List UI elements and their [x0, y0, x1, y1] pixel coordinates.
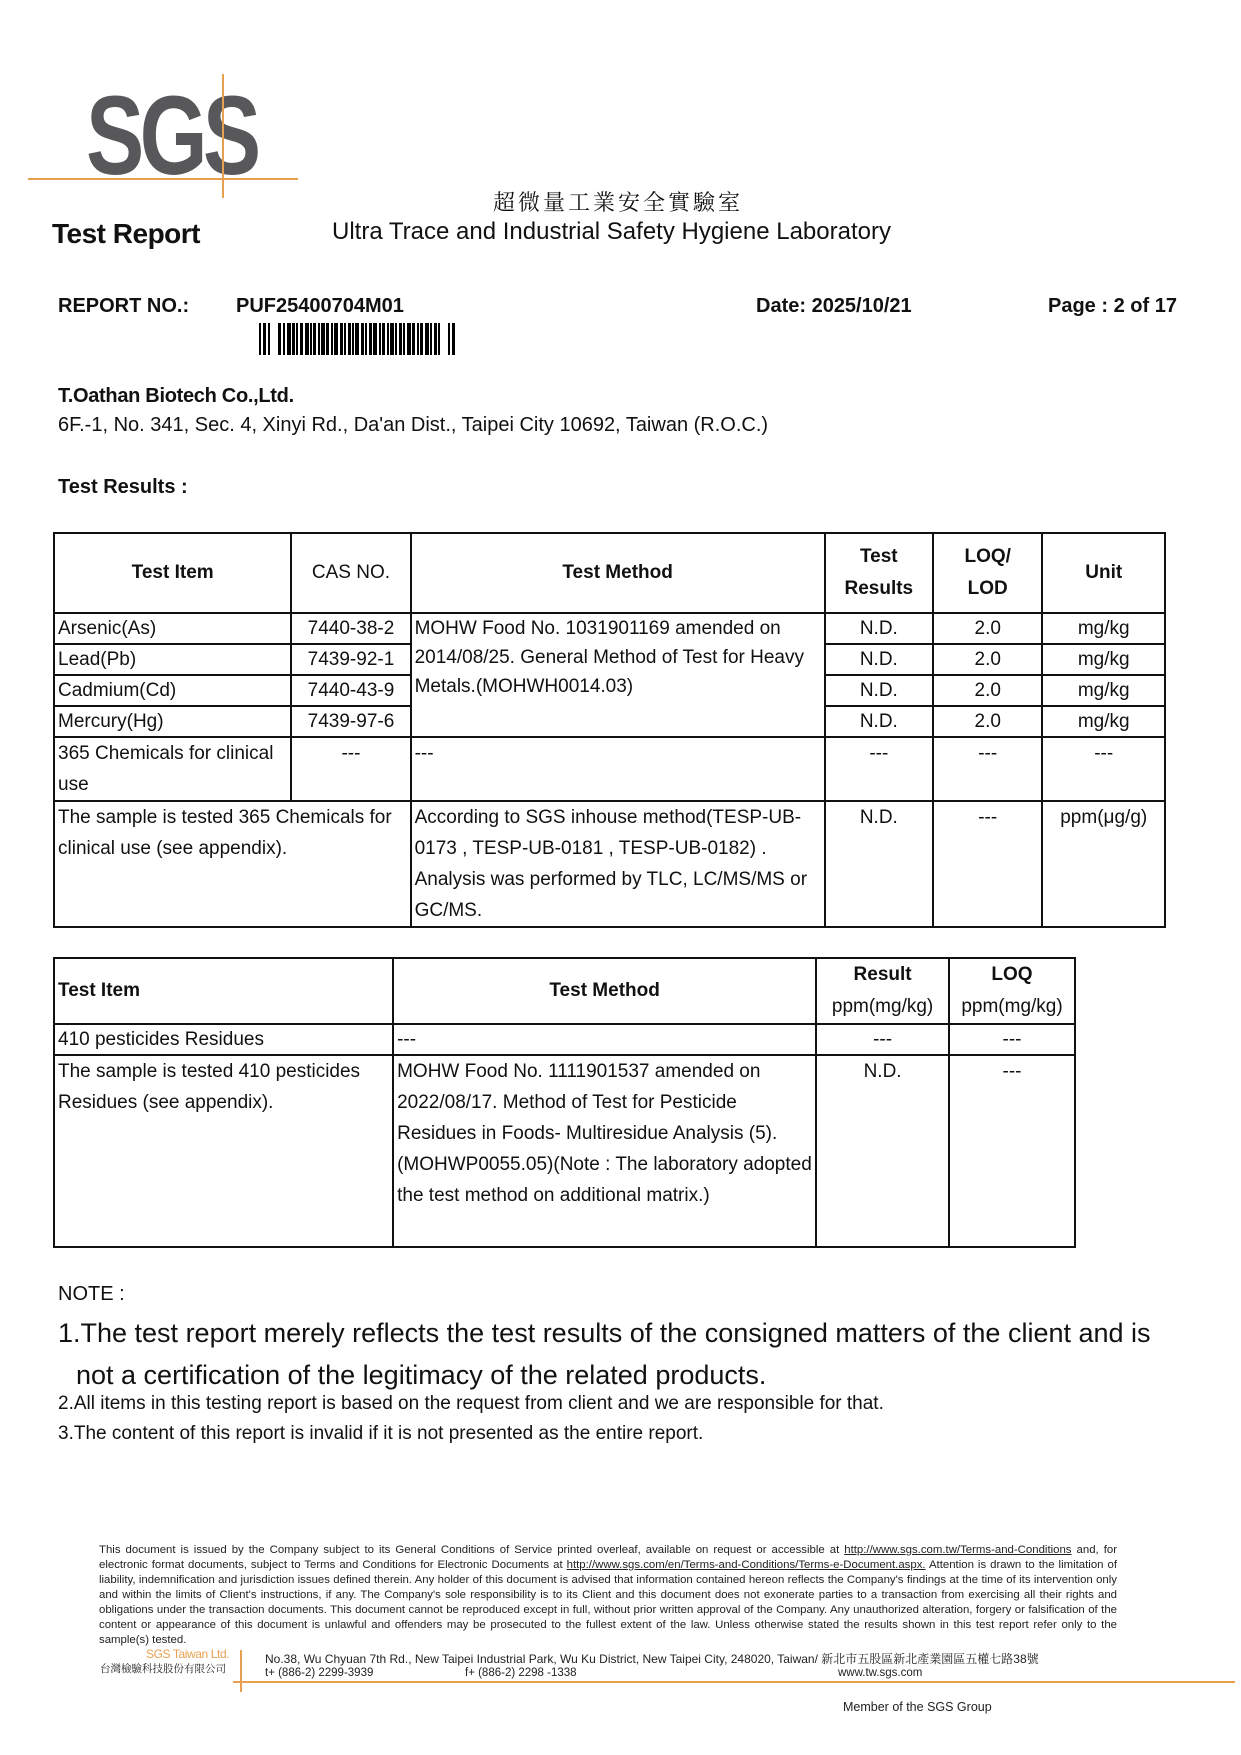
- loq-value: ---: [933, 737, 1042, 801]
- header-test-item: Test Item: [54, 958, 393, 1024]
- header-result: Resultppm(mg/kg): [816, 958, 949, 1024]
- test-item: Cadmium(Cd): [54, 675, 291, 706]
- e-document-terms-link[interactable]: http://www.sgs.com/en/Terms-and-Conditio…: [567, 1559, 926, 1571]
- footer-company-name-chinese: 台灣檢驗科技股份有限公司: [100, 1661, 226, 1676]
- page-indicator: Page : 2 of 17: [1048, 295, 1177, 318]
- footer-fax: f+ (886-2) 2298 -1338: [465, 1667, 577, 1679]
- terms-link[interactable]: http://www.sgs.com.tw/Terms-and-Conditio…: [844, 1544, 1071, 1556]
- table-row-detail: The sample is tested 365 Chemicals for c…: [54, 801, 1165, 927]
- logo-vertical-line: [222, 74, 224, 198]
- header-loq-lod: LOQ/LOD: [933, 533, 1042, 613]
- header-test-item: Test Item: [54, 533, 291, 613]
- note-item-1: 1.The test report merely reflects the te…: [58, 1312, 1178, 1396]
- table-row-group: 410 pesticides Residues --- --- ---: [54, 1024, 1075, 1055]
- loq-value: 2.0: [933, 613, 1042, 644]
- note-item-2: 2.All items in this testing report is ba…: [58, 1393, 884, 1415]
- report-date: Date: 2025/10/21: [756, 295, 912, 318]
- loq-value: ---: [949, 1024, 1075, 1055]
- test-method: MOHW Food No. 1031901169 amended on 2014…: [411, 613, 825, 737]
- unit: mg/kg: [1042, 613, 1165, 644]
- test-item: 365 Chemicals for clinical use: [54, 737, 291, 801]
- test-item: The sample is tested 365 Chemicals for c…: [54, 801, 411, 927]
- header-test-results: TestResults: [825, 533, 933, 613]
- report-no-label: REPORT NO.:: [58, 295, 189, 318]
- cas-no: 7440-43-9: [291, 675, 410, 706]
- footer-vertical-line: [240, 1650, 242, 1692]
- test-result: N.D.: [825, 675, 933, 706]
- header-test-method: Test Method: [411, 533, 825, 613]
- footer-address: No.38, Wu Chyuan 7th Rd., New Taipei Ind…: [265, 1650, 1039, 1667]
- loq-value: 2.0: [933, 706, 1042, 737]
- test-item: Arsenic(As): [54, 613, 291, 644]
- header-unit: Unit: [1042, 533, 1165, 613]
- note-title: NOTE :: [58, 1283, 125, 1306]
- test-item: Lead(Pb): [54, 644, 291, 675]
- header-loq: LOQppm(mg/kg): [949, 958, 1075, 1024]
- test-item: Mercury(Hg): [54, 706, 291, 737]
- table-header-row: Test Item CAS NO. Test Method TestResult…: [54, 533, 1165, 613]
- test-result: N.D.: [825, 644, 933, 675]
- loq-value: 2.0: [933, 644, 1042, 675]
- footer-member-text: Member of the SGS Group: [843, 1700, 992, 1714]
- loq-value: ---: [933, 801, 1042, 927]
- sgs-logo: SGS: [86, 80, 256, 192]
- unit: ppm(μg/g): [1042, 801, 1165, 927]
- test-result: ---: [816, 1024, 949, 1055]
- header-test-method: Test Method: [393, 958, 816, 1024]
- footer-horizontal-line: [233, 1681, 1235, 1683]
- pesticides-table: Test Item Test Method Resultppm(mg/kg) L…: [53, 957, 1076, 1248]
- footer-company-name: SGS Taiwan Ltd.: [146, 1647, 229, 1661]
- test-result: ---: [825, 737, 933, 801]
- table-row-group: 365 Chemicals for clinical use --- --- -…: [54, 737, 1165, 801]
- footer-website[interactable]: www.tw.sgs.com: [838, 1667, 922, 1679]
- test-item: 410 pesticides Residues: [54, 1024, 393, 1055]
- report-number: PUF25400704M01: [236, 295, 404, 318]
- cas-no: 7439-92-1: [291, 644, 410, 675]
- unit: mg/kg: [1042, 706, 1165, 737]
- test-result: N.D.: [825, 613, 933, 644]
- unit: mg/kg: [1042, 675, 1165, 706]
- table-row: Arsenic(As) 7440-38-2 MOHW Food No. 1031…: [54, 613, 1165, 644]
- barcode-icon: [259, 323, 641, 355]
- cas-no: 7440-38-2: [291, 613, 410, 644]
- table-header-row: Test Item Test Method Resultppm(mg/kg) L…: [54, 958, 1075, 1024]
- lab-name-chinese: 超微量工業安全實驗室: [493, 186, 743, 217]
- test-method: MOHW Food No. 1111901537 amended on 2022…: [393, 1055, 816, 1247]
- test-item: The sample is tested 410 pesticides Resi…: [54, 1055, 393, 1247]
- logo-horizontal-line: [28, 178, 298, 180]
- loq-value: ---: [949, 1055, 1075, 1247]
- test-method: According to SGS inhouse method(TESP-UB-…: [411, 801, 825, 927]
- unit: ---: [1042, 737, 1165, 801]
- test-results-label: Test Results :: [58, 476, 188, 499]
- test-method: ---: [393, 1024, 816, 1055]
- lab-name-english: Ultra Trace and Industrial Safety Hygien…: [332, 218, 891, 246]
- test-result: N.D.: [816, 1055, 949, 1247]
- cas-no: ---: [291, 737, 410, 801]
- test-method: ---: [411, 737, 825, 801]
- cas-no: 7439-97-6: [291, 706, 410, 737]
- legal-disclaimer: This document is issued by the Company s…: [99, 1543, 1117, 1648]
- header-cas-no: CAS NO.: [291, 533, 410, 613]
- loq-value: 2.0: [933, 675, 1042, 706]
- test-result: N.D.: [825, 706, 933, 737]
- test-result: N.D.: [825, 801, 933, 927]
- heavy-metals-table: Test Item CAS NO. Test Method TestResult…: [53, 532, 1166, 928]
- unit: mg/kg: [1042, 644, 1165, 675]
- client-name: T.Oathan Biotech Co.,Ltd.: [58, 385, 294, 408]
- footer-phone: t+ (886-2) 2299-3939: [265, 1667, 373, 1679]
- document-type: Test Report: [52, 218, 200, 250]
- note-item-3: 3.The content of this report is invalid …: [58, 1423, 703, 1445]
- table-row-detail: The sample is tested 410 pesticides Resi…: [54, 1055, 1075, 1247]
- client-address: 6F.-1, No. 341, Sec. 4, Xinyi Rd., Da'an…: [58, 414, 768, 437]
